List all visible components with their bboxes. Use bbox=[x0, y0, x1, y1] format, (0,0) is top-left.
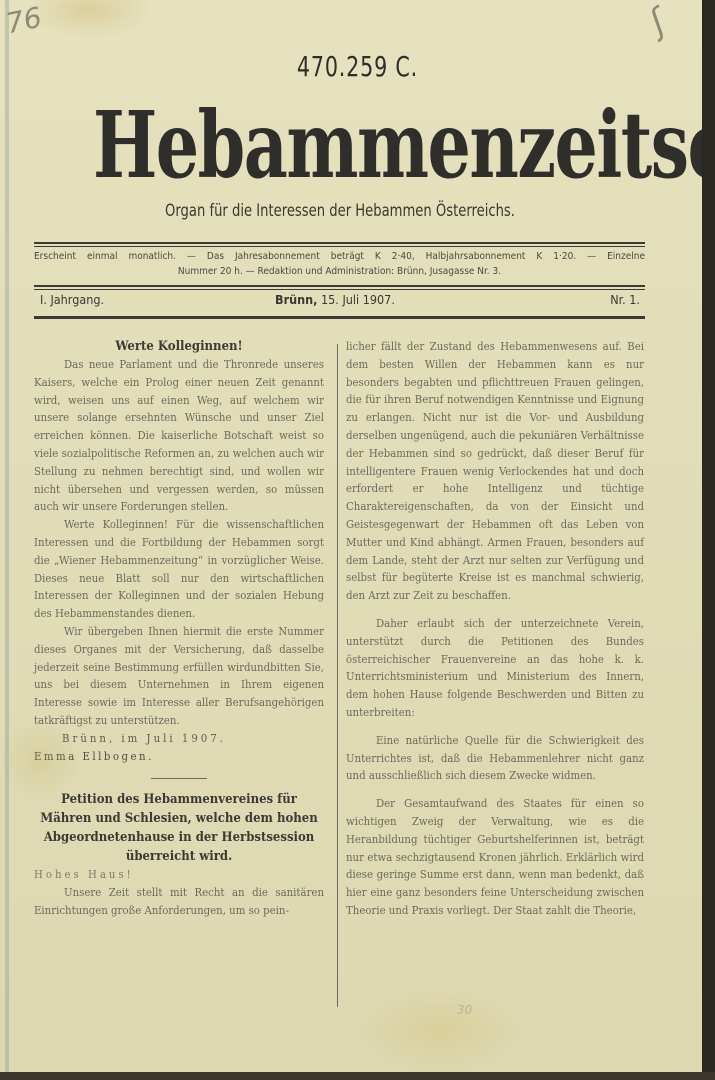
issue-volume: I. Jahrgang. bbox=[40, 292, 104, 307]
header-rule bbox=[34, 242, 645, 244]
column-divider bbox=[337, 344, 338, 1007]
article2-greeting: Hohes Haus! bbox=[34, 866, 324, 884]
article1-paragraph: Werte Kolleginnen! Für die wissenschaftl… bbox=[34, 516, 324, 623]
masthead-subtitle: Organ für die Interessen der Hebammen Ös… bbox=[48, 201, 633, 221]
article1-heading: Werte Kolleginnen! bbox=[34, 338, 324, 355]
scan-edge-right bbox=[702, 0, 715, 1080]
issue-place: Brünn, bbox=[275, 292, 317, 307]
article1-paragraph: Wir übergeben Ihnen hiermit die erste Nu… bbox=[34, 623, 324, 730]
article1-paragraph: Das neue Parlament und die Thronrede uns… bbox=[34, 356, 324, 516]
issue-date: 15. Juli 1907. bbox=[321, 292, 395, 307]
article2-paragraph: Unsere Zeit stellt mit Recht an die sani… bbox=[34, 884, 324, 920]
newspaper-page: 76 ʃ 470.259 C. Hebammenzeitschrift Orga… bbox=[0, 0, 702, 1072]
header-rule-thin bbox=[34, 246, 645, 247]
article1-dateline: Brünn, im Juli 1907. bbox=[34, 730, 324, 748]
shelfmark-number: 470.259 C. bbox=[64, 50, 650, 83]
article2-paragraph: Eine natürliche Quelle für die Schwierig… bbox=[346, 732, 644, 785]
subscription-info-line-2: Nummer 20 h. — Redaktion und Administrat… bbox=[34, 264, 645, 279]
right-column: licher fällt der Zustand des Hebammenwes… bbox=[346, 338, 644, 920]
left-column: Werte Kolleginnen! Das neue Parlament un… bbox=[34, 338, 324, 920]
masthead: Hebammenzeitschrift bbox=[0, 95, 702, 205]
issue-number: Nr. 1. bbox=[610, 292, 640, 307]
article-separator bbox=[151, 778, 207, 779]
issue-line: I. Jahrgang. Brünn, 15. Juli 1907. Nr. 1… bbox=[40, 292, 640, 312]
scan-edge-bottom bbox=[0, 1072, 715, 1080]
subscription-info: Erscheint einmal monatlich. — Das Jahres… bbox=[34, 249, 645, 279]
subscription-info-line-1: Erscheint einmal monatlich. — Das Jahres… bbox=[34, 249, 645, 264]
issue-place-date: Brünn, 15. Juli 1907. bbox=[275, 292, 395, 307]
article2-paragraph: licher fällt der Zustand des Hebammenwes… bbox=[346, 338, 644, 605]
article1-signature: Emma Ellbogen. bbox=[34, 748, 324, 766]
info-rule-thin bbox=[34, 289, 645, 290]
info-rule bbox=[34, 285, 645, 287]
masthead-title: Hebammenzeitschrift bbox=[93, 95, 622, 195]
article2-heading: Petition des Hebammenvereines für Mähren… bbox=[34, 790, 324, 866]
article2-paragraph: Daher erlaubt sich der unterzeichnete Ve… bbox=[346, 615, 644, 722]
pencil-annotation-top-right: ʃ bbox=[643, 2, 673, 42]
issue-rule bbox=[34, 316, 645, 319]
pencil-annotation-bottom: 30 bbox=[457, 1003, 472, 1017]
pencil-annotation-top-left: 76 bbox=[3, 1, 45, 41]
article2-paragraph: Der Gesamtaufwand des Staates für einen … bbox=[346, 795, 644, 920]
